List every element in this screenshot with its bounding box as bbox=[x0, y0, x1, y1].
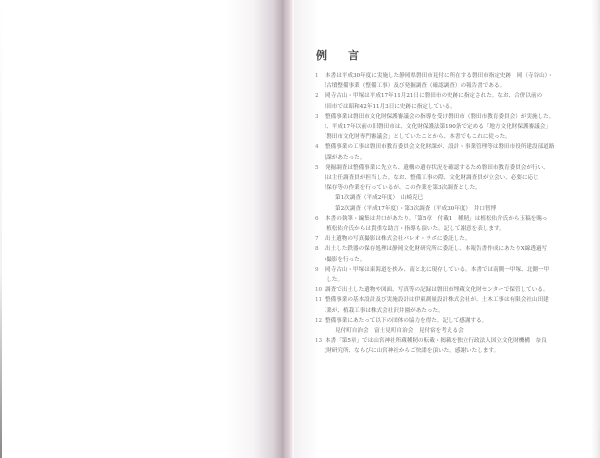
note-number: 10 bbox=[315, 285, 325, 295]
note-number: 9 bbox=[315, 265, 325, 285]
note-line: 文化財研究所、ならびに山宮神社からご快諾を頂いた。感謝いたします。 bbox=[325, 346, 587, 356]
note-item: 7出土遺物の写真撮影は株式会社パレオ・ラボに委託した。 bbox=[315, 234, 587, 244]
note-item: 12整備事業にあたって以下の団体の協力を得た。記して感謝する。 bbox=[315, 316, 587, 326]
note-line: 旧磐田市では昭和42年11月3日に史跡に指定している。 bbox=[325, 102, 587, 112]
note-number: 7 bbox=[315, 234, 325, 244]
note-item: 6本書の執筆・編集は井口があたり、「第5章 付載1 種籾」は植松佑介氏から玉稿を… bbox=[315, 214, 587, 234]
note-item: 8出土した鉄器の保存処理は静岡文化財研究所に委託し、本報告書作成にあたりX線透過… bbox=[315, 244, 587, 264]
note-line: 現場は主任調査員が担当した。なお、整備工事の際、文化財調査員が立会い、必要に応じ bbox=[325, 173, 587, 183]
note-item: 1本書は平成30年度に実施した静岡県磐田市見付に所在する磐田市指定史跡 岡（寺谷… bbox=[315, 71, 587, 91]
note-line: 塚とした。 bbox=[325, 275, 587, 285]
note-number: 6 bbox=[315, 214, 325, 234]
note-line: た。植松佑介氏からは貴重な助言・指導も頂いた。記して謝意を表します。 bbox=[325, 224, 587, 234]
note-item: 2岡寺古山・甲塚は平成17年11月21日に磐田市の史跡に指定された。なお、合併以… bbox=[315, 91, 587, 111]
note-text: 調査で出土した遺物や図面、写真等の記録は磐田市埋蔵文化財センターで保管している。 bbox=[325, 285, 587, 295]
note-line: 河川課があたった。 bbox=[325, 153, 587, 163]
note-item: 3整備事業は磐田市文化財保護審議会の指導を受け磐田市（磐田市教育委員会）が実施し… bbox=[315, 112, 587, 143]
note-item: 11整備事業の基本設計及び実施設計は伊東測量設計株式会社が、土木工事は有限会社山… bbox=[315, 295, 587, 315]
note-number: 8 bbox=[315, 244, 325, 264]
note-text: 整備事業は磐田市文化財保護審議会の指導を受け磐田市（磐田市教育委員会）が実施した… bbox=[325, 112, 587, 143]
note-text: 発掘調査は整備事業に先立ち、遺構の遺存状況を確認するため磐田市教育委員会が行い、… bbox=[325, 163, 587, 194]
note-text: 出土した鉄器の保存処理は静岡文化財研究所に委託し、本報告書作成にあたりX線透過写… bbox=[325, 244, 587, 264]
page-heading: 例 言 bbox=[316, 47, 587, 63]
note-number: 4 bbox=[315, 142, 325, 162]
note-text: 整備事業の基本設計及び実施設計は伊東測量設計株式会社が、土木工事は有限会社山田建… bbox=[325, 295, 587, 315]
page-edge bbox=[0, 0, 2, 458]
note-number: 13 bbox=[315, 336, 325, 356]
note-item: 13本書「第5章」では山宮神社所蔵種籾の転載・掲載を独立行政法人国立文化財機構 … bbox=[315, 336, 587, 356]
note-subline: 第2次調査（平成17年度）・第3次調査（平成30年度） 井口智博 bbox=[335, 204, 587, 214]
notes-list: 1本書は平成30年度に実施した静岡県磐田市見付に所在する磐田市指定史跡 岡（寺谷… bbox=[315, 71, 587, 357]
note-subline: 第1次調査（平成2年度） 山崎克巳 bbox=[335, 193, 587, 203]
note-item: 4整備事業の工事は磐田市教育委員会文化財課が、設計・事業管理等は磐田市役所建設部… bbox=[315, 142, 587, 162]
note-line: 出土遺物の写真撮影は株式会社パレオ・ラボに委託した。 bbox=[325, 234, 587, 244]
note-line: 整備事業の工事は磐田市教育委員会文化財課が、設計・事業管理等は磐田市役所建設部道… bbox=[325, 142, 587, 152]
book-spread: 例 言 1本書は平成30年度に実施した静岡県磐田市見付に所在する磐田市指定史跡 … bbox=[0, 0, 600, 458]
explanatory-notes: 例 言 1本書は平成30年度に実施した静岡県磐田市見付に所在する磐田市指定史跡 … bbox=[315, 47, 587, 357]
note-line: 真の撮影を行った。 bbox=[325, 255, 587, 265]
note-text: 出土遺物の写真撮影は株式会社パレオ・ラボに委託した。 bbox=[325, 234, 587, 244]
note-line: 本書は平成30年度に実施した静岡県磐田市見付に所在する磐田市指定史跡 岡（寺谷山… bbox=[325, 71, 587, 81]
left-page-blank bbox=[0, 0, 282, 458]
note-line: を「磐田市文化財専門審議会」としていたことから、本書でもこれに従った。 bbox=[325, 132, 587, 142]
note-line: なお、平成17年以前の旧磐田市は、文化財保護法第190条で定める「地方文化財保護… bbox=[325, 122, 587, 132]
note-line: 甲塚古墳整備事業（整備工事）及び発掘調査（確認調査）の報告書である。 bbox=[325, 81, 587, 91]
note-number: 2 bbox=[315, 91, 325, 111]
note-text: 岡寺古山・甲塚は東海道を挟み、南と北に現存している。本書では南側一甲塚、北側一甲… bbox=[325, 265, 587, 285]
note-line: 記録保存等の作業を行っているが、この作業を第3次調査とした。 bbox=[325, 183, 587, 193]
note-line: 発掘調査は整備事業に先立ち、遺構の遺存状況を確認するため磐田市教育委員会が行い、 bbox=[325, 163, 587, 173]
note-line: 本書「第5章」では山宮神社所蔵種籾の転載・掲載を独立行政法人国立文化財機構 奈良 bbox=[325, 336, 587, 346]
note-item: 5発掘調査は整備事業に先立ち、遺構の遺存状況を確認するため磐田市教育委員会が行い… bbox=[315, 163, 587, 194]
note-line: 出土した鉄器の保存処理は静岡文化財研究所に委託し、本報告書作成にあたりX線透過写 bbox=[325, 244, 587, 254]
book-gutter bbox=[282, 0, 294, 458]
note-line: 本書の執筆・編集は井口があたり、「第5章 付載1 種籾」は植松佑介氏から玉稿を賜… bbox=[325, 214, 587, 224]
note-text: 岡寺古山・甲塚は平成17年11月21日に磐田市の史跡に指定された。なお、合併以前… bbox=[325, 91, 587, 111]
note-line: 設工業が、植栽工事は株式会社沢井園があたった。 bbox=[325, 306, 587, 316]
note-text: 本書「第5章」では山宮神社所蔵種籾の転載・掲載を独立行政法人国立文化財機構 奈良… bbox=[325, 336, 587, 356]
note-line: 調査で出土した遺物や図面、写真等の記録は磐田市埋蔵文化財センターで保管している。 bbox=[325, 285, 587, 295]
note-number: 5 bbox=[315, 163, 325, 194]
note-subline: 見付町自治会 富士見町自治会 見付宿を考える会 bbox=[335, 326, 587, 336]
note-number: 12 bbox=[315, 316, 325, 326]
note-number: 1 bbox=[315, 71, 325, 91]
note-line: 整備事業の基本設計及び実施設計は伊東測量設計株式会社が、土木工事は有限会社山田建 bbox=[325, 295, 587, 305]
note-number: 11 bbox=[315, 295, 325, 315]
note-text: 整備事業にあたって以下の団体の協力を得た。記して感謝する。 bbox=[325, 316, 587, 326]
note-number: 3 bbox=[315, 112, 325, 143]
note-item: 10調査で出土した遺物や図面、写真等の記録は磐田市埋蔵文化財センターで保管してい… bbox=[315, 285, 587, 295]
note-line: 整備事業は磐田市文化財保護審議会の指導を受け磐田市（磐田市教育委員会）が実施した… bbox=[325, 112, 587, 122]
note-line: 岡寺古山・甲塚は平成17年11月21日に磐田市の史跡に指定された。なお、合併以前… bbox=[325, 91, 587, 101]
note-line: 整備事業にあたって以下の団体の協力を得た。記して感謝する。 bbox=[325, 316, 587, 326]
note-line: 岡寺古山・甲塚は東海道を挟み、南と北に現存している。本書では南側一甲塚、北側一甲 bbox=[325, 265, 587, 275]
note-text: 本書の執筆・編集は井口があたり、「第5章 付載1 種籾」は植松佑介氏から玉稿を賜… bbox=[325, 214, 587, 234]
note-text: 整備事業の工事は磐田市教育委員会文化財課が、設計・事業管理等は磐田市役所建設部道… bbox=[325, 142, 587, 162]
note-item: 9岡寺古山・甲塚は東海道を挟み、南と北に現存している。本書では南側一甲塚、北側一… bbox=[315, 265, 587, 285]
note-text: 本書は平成30年度に実施した静岡県磐田市見付に所在する磐田市指定史跡 岡（寺谷山… bbox=[325, 71, 587, 91]
